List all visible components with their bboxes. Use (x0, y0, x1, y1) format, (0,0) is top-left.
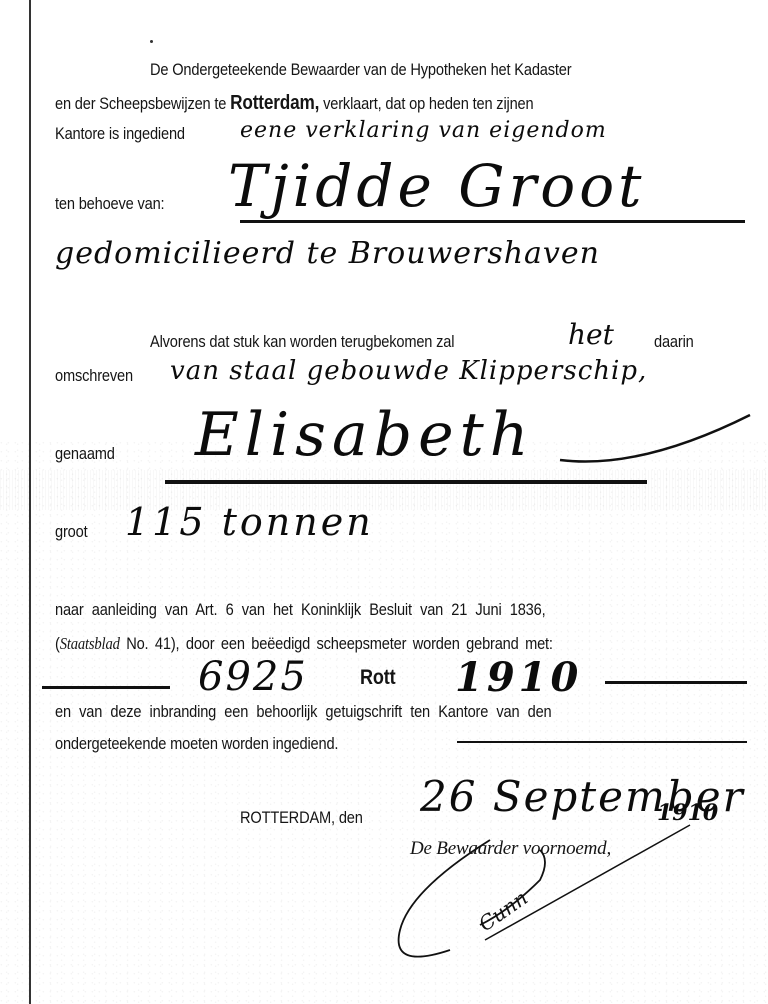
vessel-name-underline (165, 480, 647, 484)
document-page: De Ondergeteekende Bewaarder van de Hypo… (0, 0, 768, 1004)
paper-grain-band (0, 470, 768, 510)
intro-line-2: en der Scheepsbewijzen te Rotterdam, ver… (55, 92, 533, 115)
beneficiary-name-handwritten: Tjidde Groot (228, 152, 645, 220)
submitted-document-handwritten: eene verklaring van eigendom (240, 118, 607, 143)
vessel-name-handwritten: Elisabeth (195, 400, 534, 470)
name-flourish (560, 410, 760, 470)
beneficiary-underline (240, 220, 745, 223)
tonnage-label: groot (55, 522, 87, 542)
gazette-line: (Staatsblad No. 41), door een beëedigd s… (55, 634, 553, 654)
certificate-line: en van deze inbranding een behoorlijk ge… (55, 702, 552, 722)
vessel-name-label: genaamd (55, 444, 115, 464)
submitted-label: Kantore is ingediend (55, 124, 185, 144)
tonnage-handwritten: 115 tonnen (125, 500, 374, 544)
vessel-type-handwritten: van staal gebouwde Klipperschip, (170, 356, 647, 386)
brand-place: Rott (360, 666, 395, 690)
submission-line: ondergeteekende moeten worden ingediend. (55, 734, 338, 754)
speck (150, 40, 153, 43)
intro-line-2-post: verklaart, dat op heden ten zijnen (323, 94, 533, 113)
gazette-name: Staatsblad (60, 634, 120, 653)
intro-line-1: De Ondergeteekende Bewaarder van de Hypo… (150, 60, 571, 80)
signature: Cunn (390, 820, 710, 970)
legal-basis-line: naar aanleiding van Art. 6 van het Konin… (55, 600, 545, 620)
brand-year-handwritten: 1910 (455, 654, 582, 701)
left-margin-rule (29, 0, 31, 1004)
city-rotterdam: Rotterdam, (230, 92, 319, 114)
brand-rule-left (42, 686, 170, 689)
submission-rule (457, 741, 747, 743)
article-handwritten: het (568, 318, 614, 351)
return-condition-end: daarin (654, 332, 694, 352)
return-condition-line: Alvorens dat stuk kan worden terugbekome… (150, 332, 454, 352)
place-date-label: ROTTERDAM, den (240, 808, 363, 828)
brand-number-handwritten: 6925 (198, 654, 308, 700)
intro-line-2-pre: en der Scheepsbewijzen te (55, 94, 226, 113)
beneficiary-label: ten behoeve van: (55, 194, 164, 214)
described-label: omschreven (55, 366, 133, 386)
gazette-line-post: No. 41), door een beëedigd scheepsmeter … (126, 634, 553, 653)
signature-text: Cunn (474, 885, 532, 936)
brand-rule-right (605, 681, 747, 684)
residence-handwritten: gedomicilieerd te Brouwershaven (55, 236, 600, 271)
